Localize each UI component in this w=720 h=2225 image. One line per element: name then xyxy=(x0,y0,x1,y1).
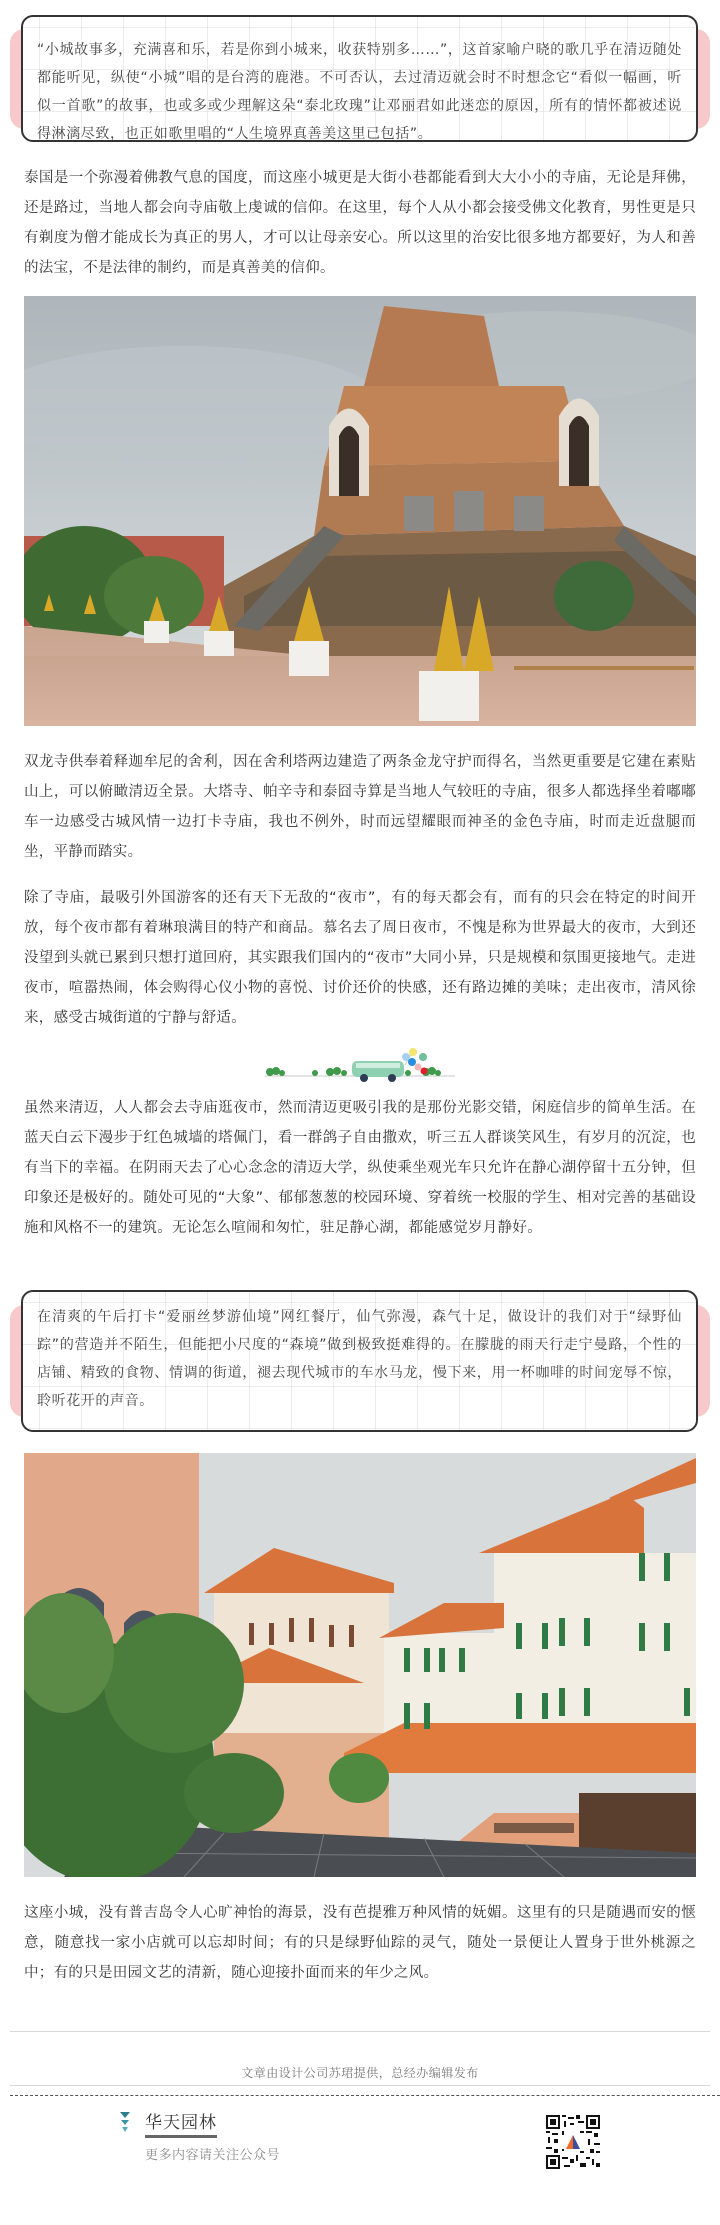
van-with-balloons-icon xyxy=(260,1045,460,1085)
footer-bottom-divider xyxy=(10,2085,710,2086)
dashed-divider xyxy=(10,2095,720,2096)
cafe-quote-text: 在清爽的午后打卡“爱丽丝梦游仙境”网红餐厅，仙气弥漫，森气十足，做设计的我们对于… xyxy=(37,1303,682,1415)
cafe-quote-section: 在清爽的午后打卡“爱丽丝梦游仙境”网红餐厅，仙气弥漫，森气十足，做设计的我们对于… xyxy=(0,1285,720,1445)
paragraph-temples: 双龙寺供奉着释迦牟尼的舍利，因在舍利塔两边建造了两条金龙守护而得名，当然更重要是… xyxy=(24,747,696,867)
intro-quote-section: “小城故事多，充满喜和乐，若是你到小城来，收获特别多……”，这首家喻户晓的歌几乎… xyxy=(0,0,720,150)
article-credit: 文章由设计公司苏珺提供，总经办编辑发布 xyxy=(0,2064,720,2081)
qr-code-icon[interactable] xyxy=(546,2115,600,2169)
brand-subtitle: 更多内容请关注公众号 xyxy=(145,2144,280,2163)
paragraph-night-market: 除了寺庙，最吸引外国游客的还有天下无敌的“夜市”，有的每天都会有，而有的只会在特… xyxy=(24,883,696,1033)
intro-quote-text: “小城故事多，充满喜和乐，若是你到小城来，收获特别多……”，这首家喻户晓的歌几乎… xyxy=(37,36,682,148)
brand-name[interactable]: 华天园林 xyxy=(145,2108,217,2138)
cafe-quote-box: 在清爽的午后打卡“爱丽丝梦游仙境”网红餐厅，仙气弥漫，森气十足，做设计的我们对于… xyxy=(21,1290,698,1432)
paragraph-conclusion: 这座小城，没有普吉岛令人心旷神怡的海景，没有芭提雅万种风情的妩媚。这里有的只是随… xyxy=(24,1898,696,1988)
triple-chevron-down-icon xyxy=(119,2111,131,2133)
courtyard-photo xyxy=(24,1453,696,1877)
paragraph-slow-life: 虽然来清迈，人人都会去寺庙逛夜市，然而清迈更吸引我的是那份光影交错，闲庭信步的简… xyxy=(24,1093,696,1243)
paragraph-buddhism: 泰国是一个弥漫着佛教气息的国度，而这座小城更是大街小巷都能看到大大小小的寺庙，无… xyxy=(24,163,696,283)
footer-top-divider xyxy=(10,2031,710,2032)
temple-photo xyxy=(24,296,696,726)
intro-quote-box: “小城故事多，充满喜和乐，若是你到小城来，收获特别多……”，这首家喻户晓的歌几乎… xyxy=(21,15,698,142)
